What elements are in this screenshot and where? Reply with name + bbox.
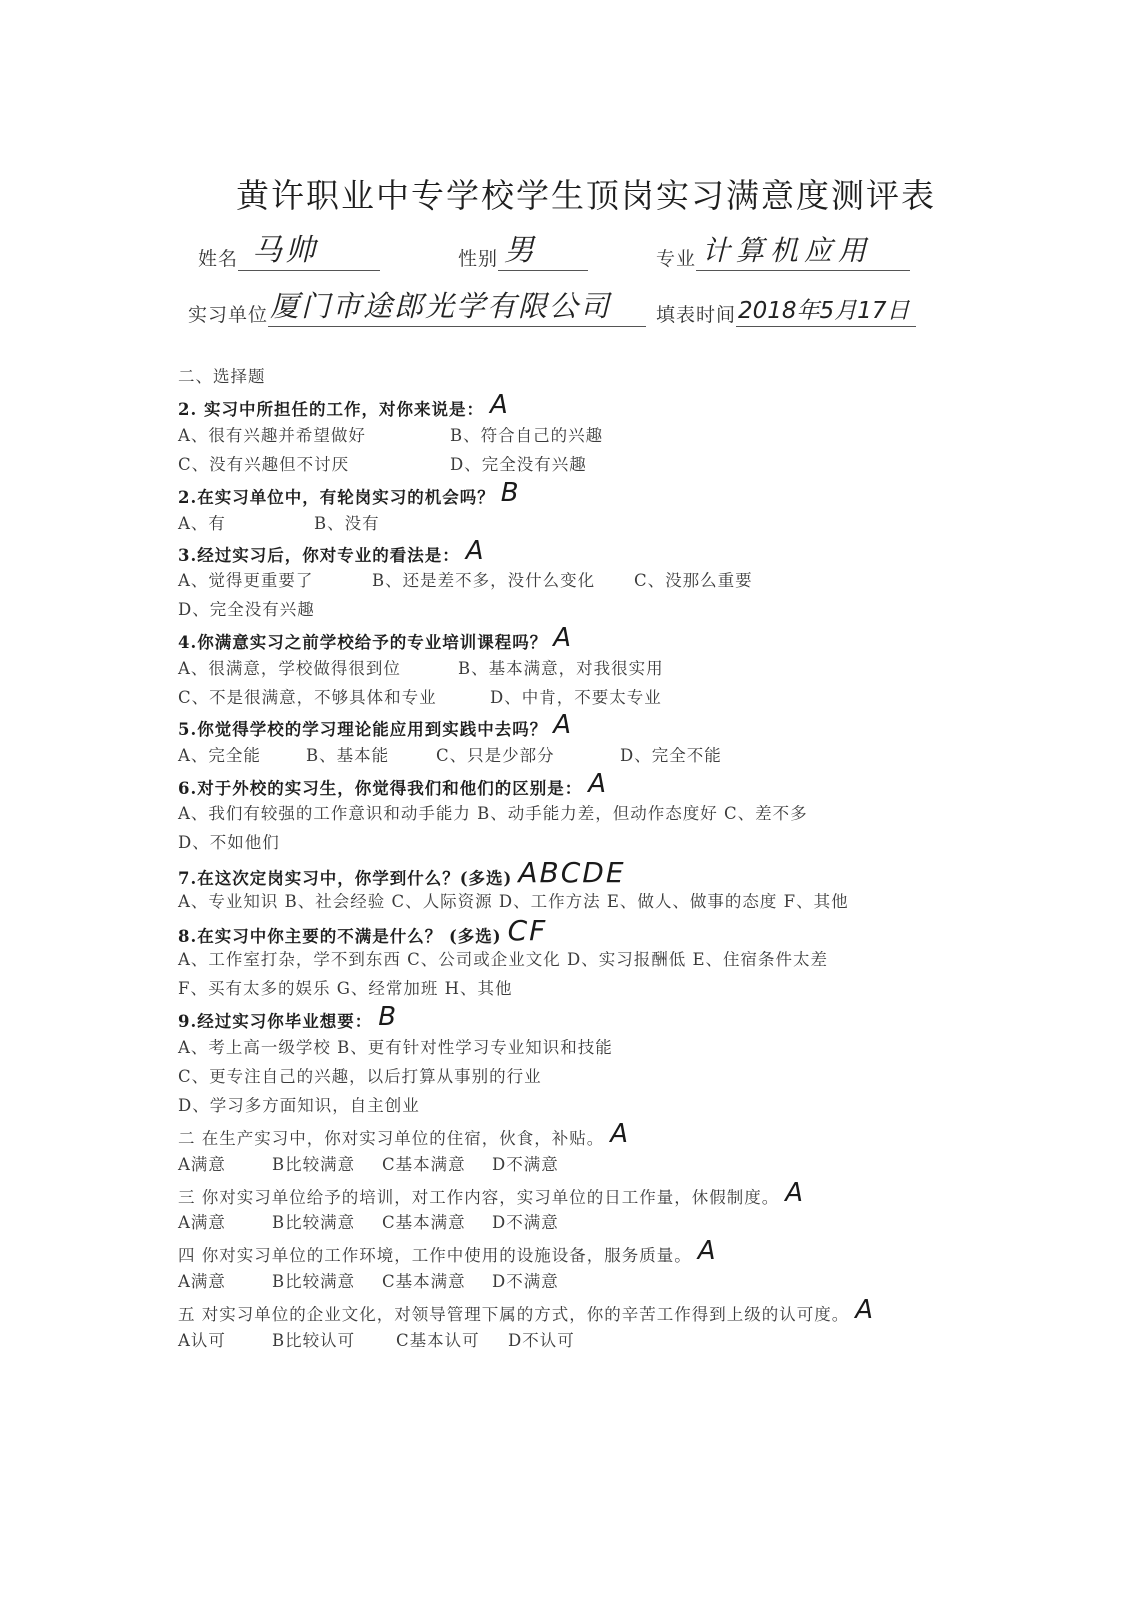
- question-7-options-line-1: A、专业知识 B、社会经验 C、人际资源 D、工作方法 E、做人、做事的态度 F…: [178, 888, 849, 912]
- major-value: 计算机应用: [702, 229, 872, 269]
- option: A、觉得更重要了: [178, 567, 372, 591]
- question-6: 6.对于外校的实习生，你觉得我们和他们的区别是：A: [178, 771, 608, 801]
- question-4-options-line-1: A、很满意，学校做得很到位B、基本满意，对我很实用: [178, 655, 664, 679]
- option: A满意: [178, 1209, 272, 1233]
- option: C基本满意: [382, 1209, 492, 1233]
- question-7: 7.在这次定岗实习中，你学到什么？(多选)ABCDE: [178, 858, 626, 891]
- field-name: 姓名 马帅: [198, 236, 380, 271]
- answer-4[interactable]: A: [553, 623, 573, 653]
- company-label: 实习单位: [188, 300, 268, 327]
- company-value: 厦门市途郎光学有限公司: [270, 284, 611, 325]
- question-2: 2.在实习单位中，有轮岗实习的机会吗？B: [178, 480, 521, 510]
- page-title: 黄许职业中专学校学生顶岗实习满意度测评表: [236, 170, 916, 217]
- option: D、学习多方面知识，自主创业: [178, 1092, 420, 1116]
- date-label: 填表时间: [656, 300, 736, 327]
- option: B、没有: [314, 510, 380, 534]
- question-6-options-line-2: D、不如他们: [178, 829, 280, 853]
- rating-answer-4[interactable]: A: [855, 1295, 875, 1325]
- option: A、很有兴趣并希望做好: [178, 422, 450, 446]
- answer-8[interactable]: CF: [508, 914, 548, 947]
- rating-question-3: 四 你对实习单位的工作环境，工作中使用的设施设备，服务质量。A: [178, 1238, 718, 1268]
- answer-2[interactable]: B: [501, 478, 521, 508]
- option: C、不是很满意，不够具体和专业: [178, 684, 490, 708]
- question-8-options-line-1: A、工作室打杂，学不到东西 C、公司或企业文化 D、实习报酬低 E、住宿条件太差: [178, 946, 828, 970]
- field-gender: 性别 男: [458, 236, 588, 271]
- field-date: 填表时间 2018年5月17日: [656, 292, 916, 327]
- rating-question-4: 五 对实习单位的企业文化，对领导管理下属的方式，你的辛苦工作得到上级的认可度。A: [178, 1297, 875, 1327]
- question-9: 9.经过实习你毕业想要：B: [178, 1004, 398, 1034]
- option: B比较满意: [272, 1209, 382, 1233]
- rating-answer-3[interactable]: A: [698, 1236, 718, 1266]
- option: B、基本能: [306, 742, 436, 766]
- option: C基本认可: [396, 1327, 508, 1351]
- option: A认可: [178, 1327, 272, 1351]
- option: A、工作室打杂，学不到东西 C、公司或企业文化 D、实习报酬低 E、住宿条件太差: [178, 946, 828, 970]
- option: F、买有太多的娱乐 G、经常加班 H、其他: [178, 975, 513, 999]
- rating-answer-2[interactable]: A: [785, 1178, 805, 1208]
- option: D不满意: [492, 1268, 559, 1292]
- answer-1[interactable]: A: [490, 390, 510, 420]
- question-2-options-line-1: A、有B、没有: [178, 510, 380, 534]
- option: A满意: [178, 1151, 272, 1175]
- gender-line[interactable]: 男: [498, 236, 588, 271]
- option: A、我们有较强的工作意识和动手能力 B、动手能力差，但动作态度好 C、差不多: [178, 800, 808, 824]
- option: A、很满意，学校做得很到位: [178, 655, 458, 679]
- question-3-options-line-2: D、完全没有兴趣: [178, 596, 315, 620]
- option: A、完全能: [178, 742, 306, 766]
- field-major: 专业 计算机应用: [656, 236, 910, 271]
- company-line[interactable]: 厦门市途郎光学有限公司: [268, 292, 646, 327]
- option: D、完全没有兴趣: [450, 451, 587, 475]
- option: A、专业知识 B、社会经验 C、人际资源 D、工作方法 E、做人、做事的态度 F…: [178, 888, 849, 912]
- section-heading: 二、选择题: [178, 363, 266, 387]
- option: C、只是少部分: [436, 742, 620, 766]
- answer-7[interactable]: ABCDE: [518, 856, 625, 889]
- rating-answer-1[interactable]: A: [610, 1119, 630, 1149]
- answer-6[interactable]: A: [588, 769, 608, 799]
- answer-9[interactable]: B: [378, 1002, 398, 1032]
- option: C、没有兴趣但不讨厌: [178, 451, 450, 475]
- option: D不满意: [492, 1209, 559, 1233]
- option: A满意: [178, 1268, 272, 1292]
- rating-question-2: 三 你对实习单位给予的培训，对工作内容，实习单位的日工作量，休假制度。A: [178, 1180, 805, 1210]
- name-label: 姓名: [198, 244, 238, 271]
- question-9-options-line-3: D、学习多方面知识，自主创业: [178, 1092, 420, 1116]
- question-6-options-line-1: A、我们有较强的工作意识和动手能力 B、动手能力差，但动作态度好 C、差不多: [178, 800, 808, 824]
- field-company: 实习单位 厦门市途郎光学有限公司: [188, 292, 646, 327]
- question-5-options-line-1: A、完全能B、基本能C、只是少部分D、完全不能: [178, 742, 722, 766]
- question-3: 3.经过实习后，你对专业的看法是：A: [178, 538, 486, 568]
- question-8: 8.在实习中你主要的不满是什么？ (多选)CF: [178, 916, 547, 949]
- option: D、完全没有兴趣: [178, 596, 315, 620]
- answer-5[interactable]: A: [553, 710, 573, 740]
- option: B比较认可: [272, 1327, 396, 1351]
- rating-2-options: A满意B比较满意C基本满意D不满意: [178, 1209, 559, 1233]
- question-1-options-line-1: A、很有兴趣并希望做好B、符合自己的兴趣: [178, 422, 603, 446]
- rating-4-options: A认可B比较认可C基本认可D不认可: [178, 1327, 575, 1351]
- rating-question-1: 二 在生产实习中，你对实习单位的住宿，伙食，补贴。A: [178, 1121, 630, 1151]
- option: D不满意: [492, 1151, 559, 1175]
- option: B、还是差不多，没什么变化: [372, 567, 634, 591]
- option: C、更专注自己的兴趣，以后打算从事别的行业: [178, 1063, 542, 1087]
- rating-1-options: A满意B比较满意C基本满意D不满意: [178, 1151, 559, 1175]
- rating-3-options: A满意B比较满意C基本满意D不满意: [178, 1268, 559, 1292]
- option: D、完全不能: [620, 742, 722, 766]
- name-value: 马帅: [252, 225, 318, 269]
- date-line[interactable]: 2018年5月17日: [736, 292, 916, 327]
- major-label: 专业: [656, 244, 696, 271]
- option: A、有: [178, 510, 314, 534]
- option: B、符合自己的兴趣: [450, 422, 603, 446]
- option: B、基本满意，对我很实用: [458, 655, 664, 679]
- question-3-options-line-1: A、觉得更重要了B、还是差不多，没什么变化C、没那么重要: [178, 567, 753, 591]
- option: A、考上高一级学校 B、更有针对性学习专业知识和技能: [178, 1034, 613, 1058]
- question-4: 4.你满意实习之前学校给予的专业培训课程吗？A: [178, 625, 573, 655]
- question-9-options-line-2: C、更专注自己的兴趣，以后打算从事别的行业: [178, 1063, 542, 1087]
- question-8-options-line-2: F、买有太多的娱乐 G、经常加班 H、其他: [178, 975, 513, 999]
- question-1-options-line-2: C、没有兴趣但不讨厌D、完全没有兴趣: [178, 451, 587, 475]
- major-line[interactable]: 计算机应用: [696, 236, 910, 271]
- option: C、没那么重要: [634, 567, 753, 591]
- question-5: 5.你觉得学校的学习理论能应用到实践中去吗？A: [178, 712, 573, 742]
- gender-value: 男: [504, 225, 537, 269]
- option: C基本满意: [382, 1268, 492, 1292]
- question-9-options-line-1: A、考上高一级学校 B、更有针对性学习专业知识和技能: [178, 1034, 613, 1058]
- name-line[interactable]: 马帅: [238, 236, 380, 271]
- question-4-options-line-2: C、不是很满意，不够具体和专业D、中肯，不要太专业: [178, 684, 662, 708]
- option: D、不如他们: [178, 829, 280, 853]
- option: B比较满意: [272, 1268, 382, 1292]
- option: D不认可: [508, 1327, 575, 1351]
- option: C基本满意: [382, 1151, 492, 1175]
- gender-label: 性别: [458, 244, 498, 271]
- survey-page: 黄许职业中专学校学生顶岗实习满意度测评表 姓名 马帅 性别 男 专业 计算机应用…: [0, 0, 1131, 1600]
- answer-3[interactable]: A: [466, 536, 486, 566]
- question-1: 2. 实习中所担任的工作，对你来说是：A: [178, 392, 510, 422]
- option: D、中肯，不要太专业: [490, 684, 662, 708]
- option: B比较满意: [272, 1151, 382, 1175]
- date-value: 2018年5月17日: [738, 292, 909, 325]
